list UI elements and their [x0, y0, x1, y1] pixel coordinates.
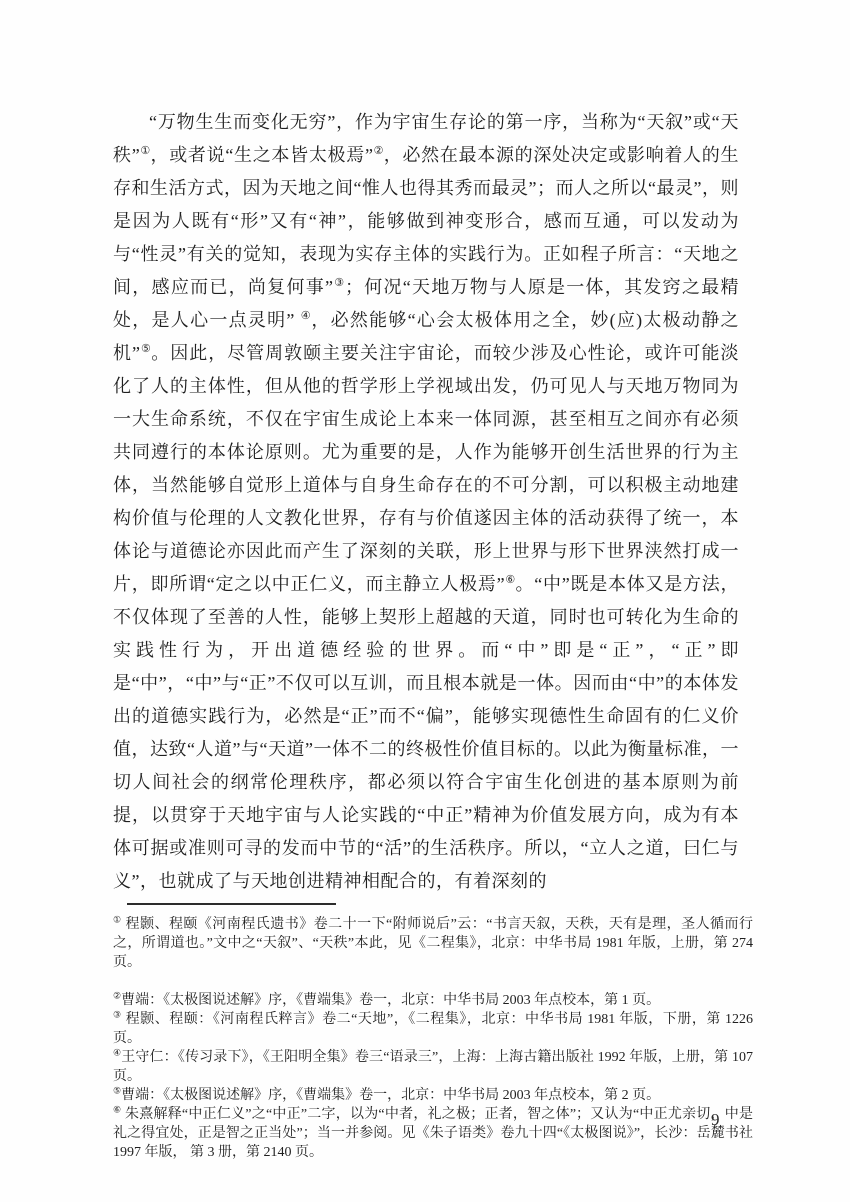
footnote: ③ 程颢、程颐：《河南程氏粹言》卷二“天地”，《二程集》，北京：中华书局 198… — [113, 1010, 753, 1048]
page-number: 9 — [711, 1110, 720, 1130]
footnote-marker: ④ — [113, 1047, 121, 1057]
footnote: ⑤曹端：《太极图说述解》序，《曹端集》卷一，北京：中华书局 2003 年点校本，… — [113, 1086, 753, 1105]
document-page: “万物生生而变化无穷”，作为宇宙生存论的第一序，当称为“天叙”或“天秩”①，或者… — [0, 0, 850, 1202]
footnote-ref: ① — [140, 145, 150, 157]
footnote-ref: ⑤ — [140, 343, 151, 355]
footnotes-section: ① 程颢、程颐《河南程氏遗书》卷二十一下“附师说后”云：“书言天叙，天秩，天有是… — [113, 915, 753, 1162]
footnote-marker: ⑥ — [113, 1104, 121, 1114]
footnote-marker: ① — [113, 914, 122, 924]
footnote-ref: ⑥ — [505, 574, 515, 586]
body-paragraph: “万物生生而变化无穷”，作为宇宙生存论的第一序，当称为“天叙”或“天秩”①，或者… — [113, 106, 739, 898]
footnote-separator — [127, 903, 336, 905]
footnote-ref: ② — [373, 145, 383, 157]
footnote: ① 程颢、程颐《河南程氏遗书》卷二十一下“附师说后”云：“书言天叙，天秩，天有是… — [113, 915, 753, 972]
footnote-marker: ③ — [113, 1009, 122, 1019]
footnote-marker: ② — [113, 990, 121, 1000]
footnote-ref: ④ — [301, 310, 312, 322]
footnote: ②曹端：《太极图说述解》序，《曹端集》卷一，北京：中华书局 2003 年点校本，… — [113, 991, 753, 1010]
footnote: ④王守仁：《传习录下》，《王阳明全集》卷三“语录三”，上海：上海古籍出版社 19… — [113, 1048, 753, 1086]
footnote: ⑥ 朱熹解释“中正仁义”之“中正”二字，以为“中者，礼之极；正者，智之体”；又认… — [113, 1105, 753, 1162]
footnote-marker: ⑤ — [113, 1085, 121, 1095]
footnote-ref: ③ — [334, 277, 345, 289]
